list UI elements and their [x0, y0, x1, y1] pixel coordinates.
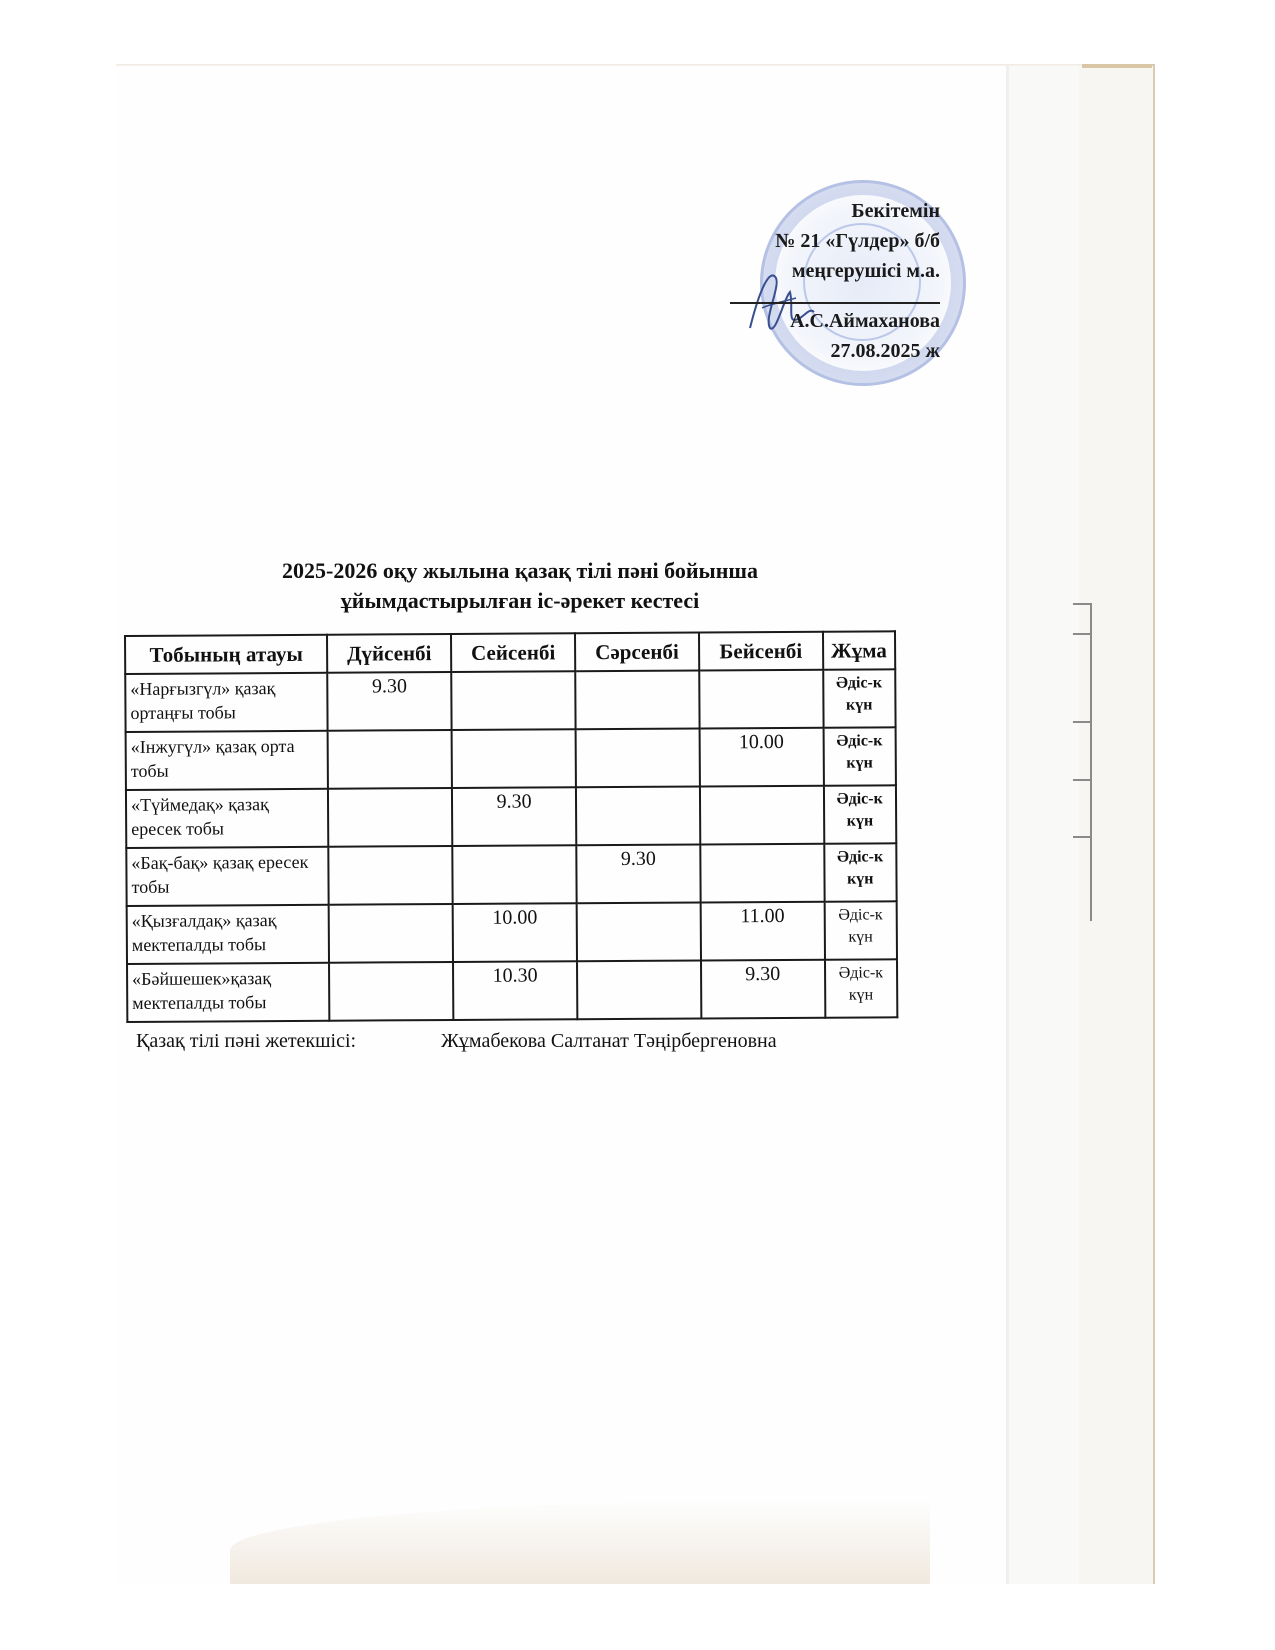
sheet-tick [1073, 779, 1090, 781]
table-row: «Түймедақ» қазақ ересек тобы 9.30 Әдіс-к… [126, 785, 896, 848]
table-row: «Бәйшешек»қазақ мектепалды тобы 10.30 9.… [127, 959, 897, 1022]
table-row: «Інжугүл» қазақ орта тобы 10.00 Әдіс-к к… [126, 727, 896, 790]
supervisor-label: Қазақ тілі пәні жетекшісі: [136, 1030, 436, 1053]
sheet-tick [1073, 836, 1090, 838]
cell-friday: Әдіс-к күн [823, 669, 896, 727]
cell-monday: 9.30 [327, 672, 451, 731]
cell-thursday: 9.30 [701, 960, 825, 1019]
sheet-tick-frame [1073, 603, 1092, 921]
approval-institution: № 21 «Гүлдер» б/б [700, 226, 940, 256]
cell-friday: Әдіс-к күн [823, 727, 896, 785]
cell-thursday [700, 844, 824, 903]
cell-wednesday [577, 960, 701, 1019]
header-friday: Жұма [823, 631, 896, 669]
cell-monday [329, 846, 453, 905]
header-wednesday: Сәрсенбі [575, 632, 699, 671]
approval-date: 27.08.2025 ж [700, 336, 940, 366]
approval-signatory: А.С.Аймаханова [700, 306, 940, 336]
cell-tuesday [452, 845, 576, 904]
sheet-tick [1073, 721, 1090, 723]
paper-edge [1082, 64, 1152, 68]
table-header-row: Тобының атауы Дүйсенбі Сейсенбі Сәрсенбі… [125, 631, 895, 674]
supervisor-name: Жұмабекова Салтанат Тәңірбергеновна [441, 1030, 777, 1052]
cell-wednesday [577, 902, 701, 961]
signature-line [730, 286, 940, 304]
title-line-2: ұйымдастырылған іс-әрекет кестесі [200, 586, 840, 616]
approval-position: меңгерушісі м.а. [700, 256, 940, 286]
document-title: 2025-2026 оқу жылына қазақ тілі пәні бой… [200, 556, 840, 616]
approval-block: Бекітемін № 21 «Гүлдер» б/б меңгерушісі … [700, 196, 940, 366]
table-row: «Қызғалдақ» қазақ мектепалды тобы 10.00 … [127, 901, 897, 964]
cell-tuesday: 9.30 [452, 787, 576, 846]
cell-friday: Әдіс-к күн [825, 959, 898, 1017]
header-monday: Дүйсенбі [327, 634, 451, 673]
sheet-tick [1073, 603, 1090, 605]
schedule-table: Тобының атауы Дүйсенбі Сейсенбі Сәрсенбі… [124, 630, 898, 1023]
cell-wednesday [576, 786, 700, 845]
cell-thursday [699, 670, 823, 729]
cell-wednesday [576, 728, 700, 787]
group-name: «Бәйшешек»қазақ мектепалды тобы [127, 963, 330, 1022]
cell-monday [329, 904, 453, 963]
cell-thursday: 10.00 [699, 728, 823, 787]
group-name: «Бақ-бақ» қазақ ересек тобы [126, 847, 329, 906]
cell-friday: Әдіс-к күн [824, 843, 897, 901]
header-group-name: Тобының атауы [125, 635, 327, 674]
cell-friday: Әдіс-к күн [823, 785, 896, 843]
table-row: «Нарғызгүл» қазақ ортаңғы тобы 9.30 Әдіс… [125, 669, 895, 732]
title-line-1: 2025-2026 оқу жылына қазақ тілі пәні бой… [200, 556, 840, 586]
header-tuesday: Сейсенбі [451, 633, 575, 672]
approval-heading: Бекітемін [700, 196, 940, 226]
supervisor-line: Қазақ тілі пәні жетекшісі: Жұмабекова Са… [136, 1030, 777, 1053]
cell-thursday [700, 786, 824, 845]
table-row: «Бақ-бақ» қазақ ересек тобы 9.30 Әдіс-к … [126, 843, 896, 906]
cell-friday: Әдіс-к күн [824, 901, 897, 959]
header-thursday: Бейсенбі [699, 632, 823, 671]
group-name: «Түймедақ» қазақ ересек тобы [126, 789, 329, 848]
cell-tuesday [451, 671, 575, 730]
cell-tuesday: 10.00 [453, 903, 577, 962]
cell-wednesday: 9.30 [576, 844, 700, 903]
cell-tuesday: 10.30 [453, 961, 577, 1020]
cell-tuesday [452, 729, 576, 788]
middle-sheet [1005, 66, 1079, 1584]
cell-monday [329, 962, 453, 1021]
cell-monday [328, 730, 452, 789]
cell-monday [328, 788, 452, 847]
cell-thursday: 11.00 [700, 902, 824, 961]
cell-wednesday [575, 670, 699, 729]
sheet-tick [1073, 633, 1090, 635]
group-name: «Қызғалдақ» қазақ мектепалды тобы [127, 905, 330, 964]
group-name: «Інжугүл» қазақ орта тобы [126, 731, 329, 790]
group-name: «Нарғызгүл» қазақ ортаңғы тобы [125, 673, 328, 732]
